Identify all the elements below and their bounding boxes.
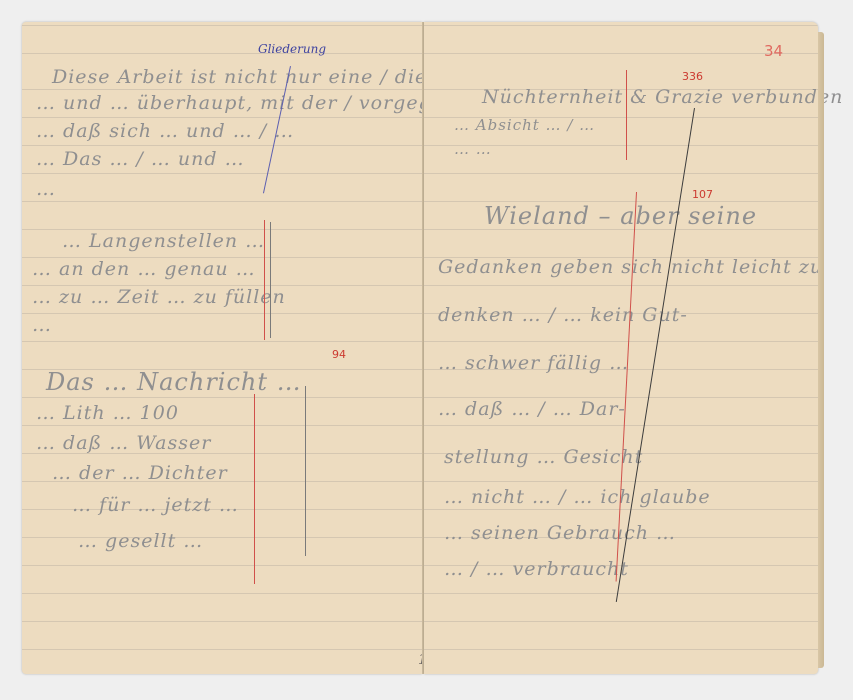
red-margin-stroke xyxy=(254,394,255,584)
text-line: … seinen Gebrauch … xyxy=(444,522,676,544)
text-line: … für … jetzt … xyxy=(72,494,239,516)
text-line: … daß … / … Dar- xyxy=(438,398,626,420)
text-line: … an den … genau … xyxy=(32,258,256,280)
text-line: … xyxy=(36,178,56,200)
notebook-spread: Gliederung Diese Arbeit ist nicht nur ei… xyxy=(22,22,822,674)
pencil-margin-stroke xyxy=(305,386,306,556)
text-line: … der … Dichter xyxy=(52,462,228,484)
text-line: … Lith … 100 xyxy=(36,402,179,424)
text-line: stellung … Gesicht xyxy=(444,446,643,468)
text-line: … … xyxy=(454,140,492,158)
text-line: … gesellt … xyxy=(78,530,203,552)
text-line: … xyxy=(32,314,52,336)
red-margin-stroke xyxy=(626,70,627,160)
left-page: Gliederung Diese Arbeit ist nicht nur ei… xyxy=(22,22,422,674)
text-line: … Absicht … / … xyxy=(454,116,595,134)
text-line: Diese Arbeit ist nicht nur eine / die … xyxy=(52,66,454,88)
red-annotation: 94 xyxy=(332,348,346,361)
right-page: 34 336 Nüchternheit & Grazie verbunden …… xyxy=(424,22,818,674)
text-line: denken … / … kein Gut- xyxy=(438,304,688,326)
pencil-margin-stroke xyxy=(270,222,271,338)
page-edge xyxy=(818,32,824,668)
text-line: … Das … / … und … xyxy=(36,148,245,170)
text-line: Das … Nachricht … xyxy=(46,368,302,396)
red-margin-stroke xyxy=(264,220,265,340)
text-line: Gedanken geben sich nicht leicht zu xyxy=(438,256,823,278)
text-line: … daß … Wasser xyxy=(36,432,211,454)
red-corner-number: 34 xyxy=(764,42,783,60)
red-annotation-mid: 107 xyxy=(692,188,713,201)
text-line: … schwer fällig … xyxy=(438,352,629,374)
text-line: … nicht … / … ich glaube xyxy=(444,486,711,508)
text-line: Wieland – aber seine xyxy=(484,202,757,230)
red-annotation-top: 336 xyxy=(682,70,703,83)
text-line: Nüchternheit & Grazie verbunden xyxy=(482,86,843,108)
text-line: … Langenstellen … xyxy=(62,230,265,252)
text-line: … daß sich … und … / … xyxy=(36,120,294,142)
text-line: … / … verbraucht xyxy=(444,558,629,580)
margin-note-blue: Gliederung xyxy=(258,42,326,56)
text-line: … zu … Zeit … zu füllen xyxy=(32,286,286,308)
